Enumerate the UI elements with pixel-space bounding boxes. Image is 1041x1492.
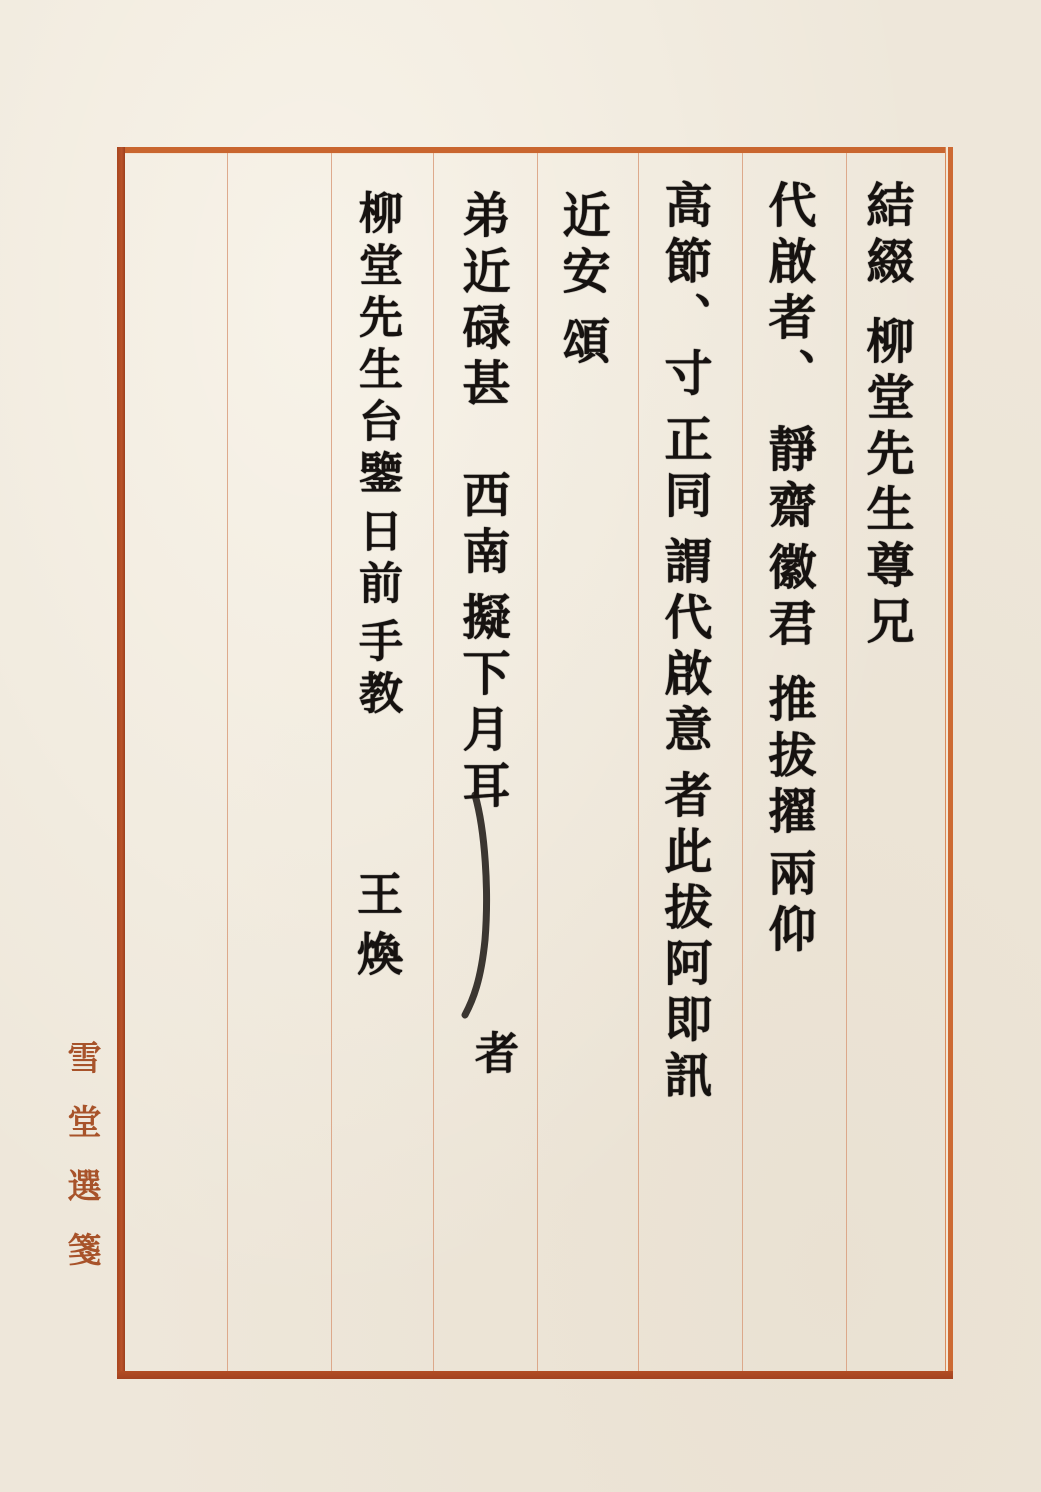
frame-top-border	[117, 147, 953, 153]
letter-column-1: 結綴柳堂先生尊兄	[862, 180, 910, 652]
column-text: 日前	[354, 508, 398, 612]
column-text: 手教	[354, 618, 398, 722]
column-text: 正同	[660, 414, 708, 526]
column-rule	[846, 153, 847, 1371]
frame-bottom-border	[117, 1371, 953, 1379]
column-text: 近安	[558, 190, 606, 302]
frame-right-border	[948, 147, 953, 1379]
signature: 王煥	[354, 870, 400, 990]
column-rule	[331, 153, 332, 1371]
column-text: 弟近碌甚	[458, 190, 506, 414]
column-text: 謂代啟意	[660, 536, 708, 760]
column-rule	[227, 153, 228, 1371]
stationery-frame	[117, 147, 953, 1379]
column-text: 徽君	[764, 542, 812, 654]
column-text: 者此拔阿即訊	[660, 770, 708, 1106]
column-text: 頌	[558, 316, 606, 372]
letter-column-5-closing: 者	[470, 1030, 514, 1082]
letter-column-3: 高節、寸正同謂代啟意者此拔阿即訊	[660, 180, 708, 1106]
stationery-mark: 雪堂選箋	[64, 1040, 98, 1296]
column-text: 者	[470, 1030, 514, 1082]
brush-stroke	[455, 790, 515, 1020]
letter-column-6: 柳堂先生台鑒日前手教	[354, 190, 398, 722]
column-rule	[433, 153, 434, 1371]
column-rule	[638, 153, 639, 1371]
column-text: 兩仰	[764, 848, 812, 960]
column-text: 柳堂先生台鑒	[354, 190, 398, 502]
column-text: 西南	[458, 470, 506, 582]
letter-column-4: 近安頌	[558, 190, 606, 372]
column-text: 靜齋	[764, 424, 812, 536]
letter-column-2: 代啟者、靜齋徽君推拔擢兩仰	[764, 180, 812, 960]
column-rule	[742, 153, 743, 1371]
column-text: 柳堂先生尊兄	[862, 316, 910, 652]
signature-text: 王煥	[354, 870, 400, 990]
column-text: 擬下月	[458, 592, 506, 760]
column-rule	[537, 153, 538, 1371]
column-text: 代啟者、	[764, 180, 812, 404]
frame-left-border	[117, 147, 125, 1379]
column-text: 高節、寸	[660, 180, 708, 404]
letter-column-5: 弟近碌甚西南擬下月耳	[458, 190, 506, 816]
column-text: 結綴	[862, 180, 910, 292]
column-text: 推拔擢	[764, 674, 812, 842]
